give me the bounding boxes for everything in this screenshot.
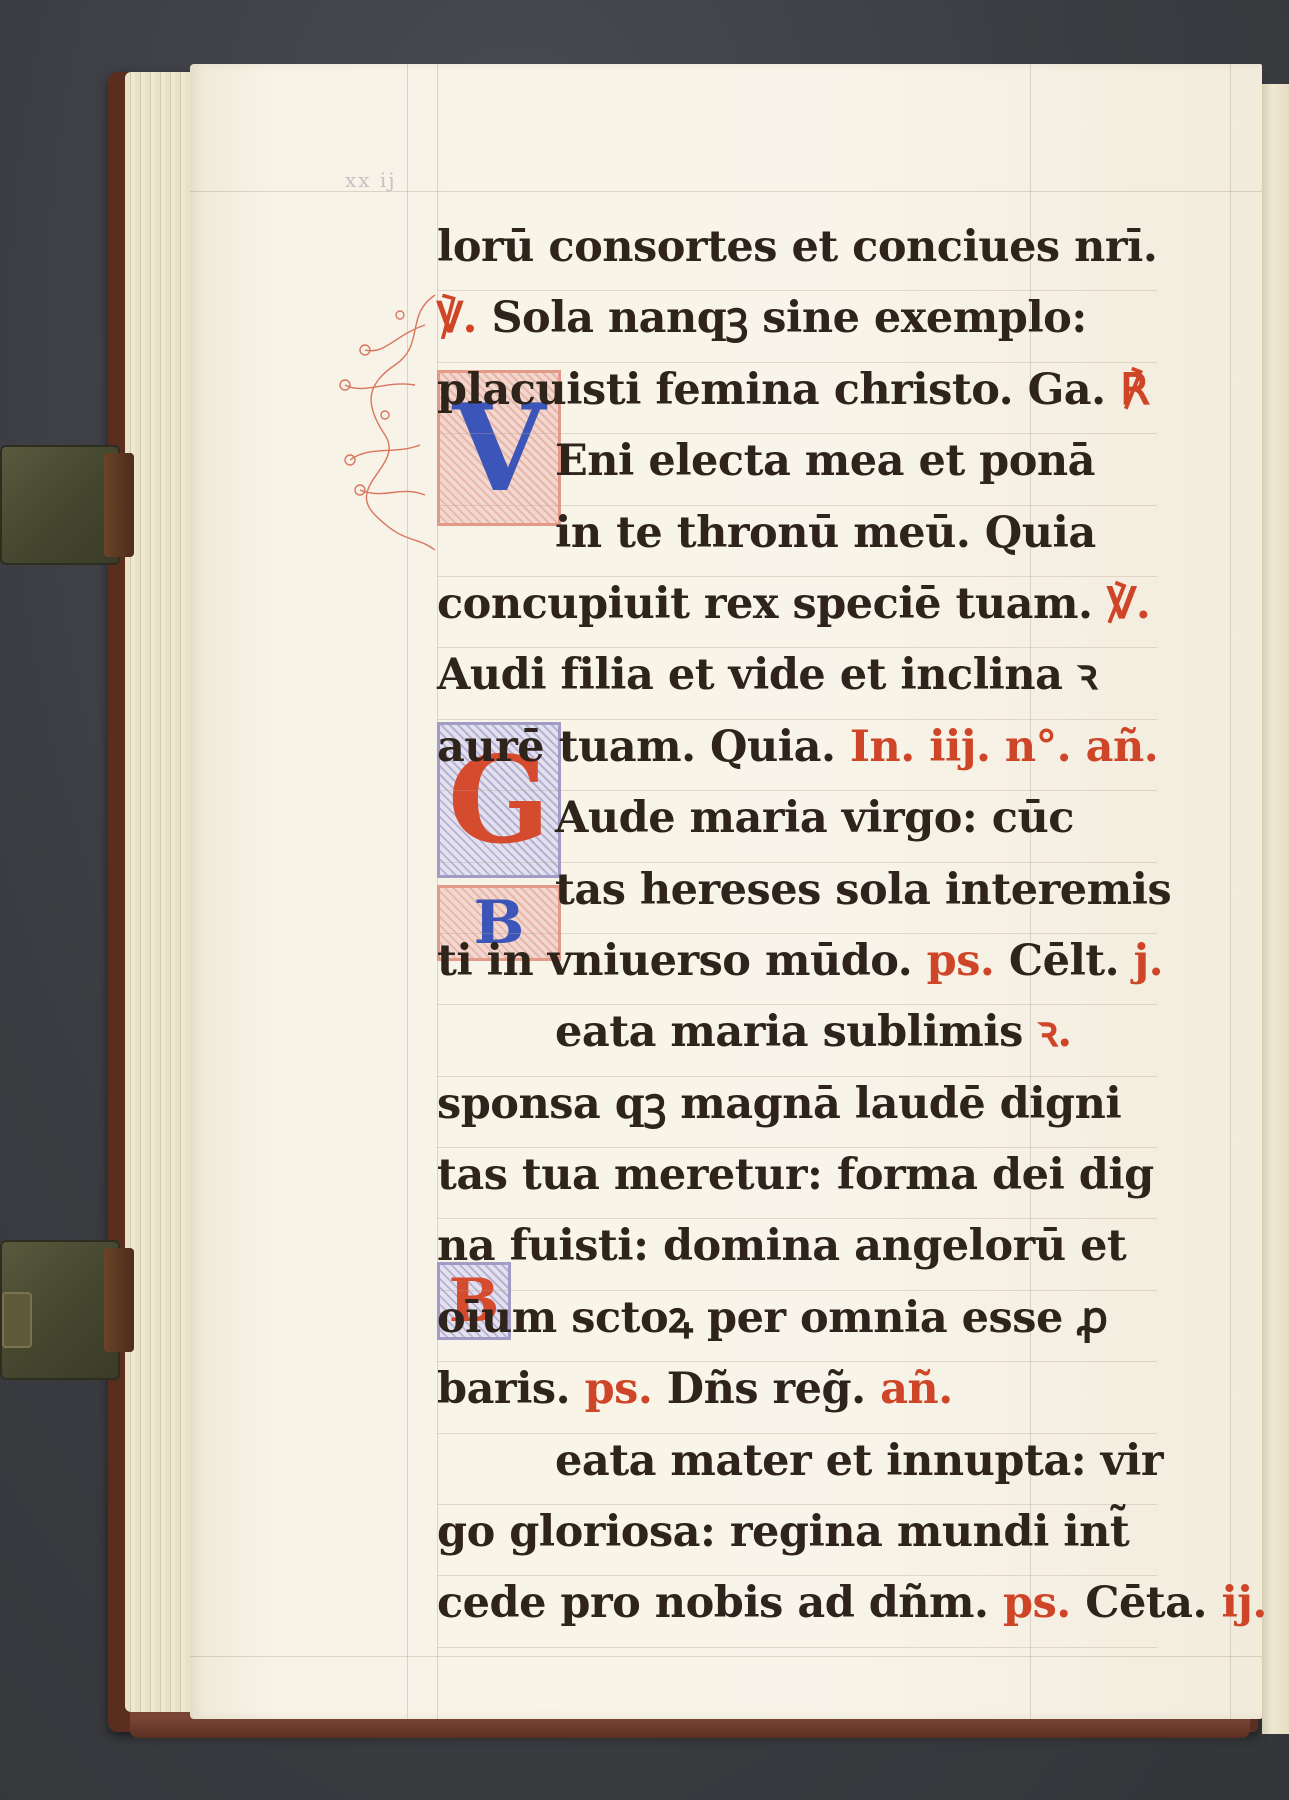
text-line: eata maria sublimis ꝛ. [437,1005,1157,1076]
rubric-text: ij. [1221,1578,1266,1628]
text-line: concupiuit rex speciē tuam. ℣. [437,577,1157,648]
ruling-line [190,1656,1262,1657]
text-segment: eata mater et innupta: vir [555,1436,1163,1486]
manuscript-text-block: lorū consortes et conciues nrī.℣. Sola n… [437,220,1157,1648]
text-segment: tas tua meretur: forma dei dig [437,1150,1154,1200]
folio-number: xx ij [345,168,397,192]
pen-flourish-decoration [325,285,443,555]
text-segment: eata maria sublimis [555,1007,1037,1057]
text-line: go gloriosa: regina mundi int̃ [437,1505,1157,1576]
text-segment: Cēlt. [994,936,1133,986]
text-segment: go gloriosa: regina mundi int̃ [437,1507,1129,1557]
text-line: eata mater et innupta: vir [437,1434,1157,1505]
text-segment: baris. [437,1364,585,1414]
text-line: tas hereses sola interemis [437,863,1157,934]
rubric-text: ℟ [1120,365,1149,415]
rubric-text: ꝛ. [1037,1007,1071,1057]
text-segment: sponsa qꝫ magnā laudē digni [437,1079,1121,1129]
text-segment: Eni electa mea et ponā [555,436,1095,486]
text-line: aurē tuam. Quia. In. iij. n°. añ. [437,720,1157,791]
text-line: ti in vniuerso mūdo. ps. Cēlt. j. [437,934,1157,1005]
text-line: Aude maria virgo: cūc [437,791,1157,862]
text-line: placuisti femina christo. Ga. ℟ [437,363,1157,434]
text-segment: aurē tuam. Quia. [437,722,850,772]
text-line: na fuisti: domina angelorū et [437,1219,1157,1290]
text-line: cede pro nobis ad dñm. ps. Cēta. ij. [437,1576,1157,1647]
text-segment: concupiuit rex speciē tuam. [437,579,1107,629]
text-line: Audi filia et vide et inclina ꝛ [437,648,1157,719]
text-line: Eni electa mea et ponā [437,434,1157,505]
rubric-text: ps. [585,1364,653,1414]
text-line: lorū consortes et conciues nrī. [437,220,1157,291]
rubric-text: añ. [880,1364,953,1414]
text-line: sponsa qꝫ magnā laudē digni [437,1077,1157,1148]
text-line: tas tua meretur: forma dei dig [437,1148,1157,1219]
text-segment: Audi filia et vide et inclina ꝛ [437,650,1097,700]
text-segment: tas hereses sola interemis [555,865,1171,915]
metal-clasp-bottom [0,1240,120,1380]
metal-clasp-top [0,445,120,565]
text-segment: lorū consortes et conciues nrī. [437,222,1157,272]
text-segment: Aude maria virgo: cūc [555,793,1074,843]
text-line: baris. ps. Dñs reg̃. añ. [437,1362,1157,1433]
text-line: in te thronū meū. Quia [437,506,1157,577]
text-segment: Sola nanqꝫ sine exemplo: [492,293,1087,343]
rubric-text: ps. [1003,1578,1071,1628]
text-segment: placuisti femina christo. Ga. [437,365,1120,415]
rubric-text: ps. [927,936,995,986]
rubric-text: ℣. [1107,579,1150,629]
text-segment: cede pro nobis ad dñm. [437,1578,1003,1628]
text-segment: oīum sctoꝝ per omnia esse ꝓ [437,1293,1107,1343]
facing-page-edge [1262,84,1289,1734]
text-segment: in te thronū meū. Quia [555,508,1096,558]
text-line: ℣. Sola nanqꝫ sine exemplo: [437,291,1157,362]
text-segment: na fuisti: domina angelorū et [437,1221,1126,1271]
rubric-text: ℣. [437,293,492,343]
text-segment: Cēta. [1071,1578,1222,1628]
ruling-line [1230,64,1231,1719]
rubric-text: j. [1134,936,1164,986]
rubric-text: In. iij. n°. añ. [850,722,1158,772]
text-segment: Dñs reg̃. [652,1364,880,1414]
text-line: oīum sctoꝝ per omnia esse ꝓ [437,1291,1157,1362]
text-segment: ti in vniuerso mūdo. [437,936,927,986]
